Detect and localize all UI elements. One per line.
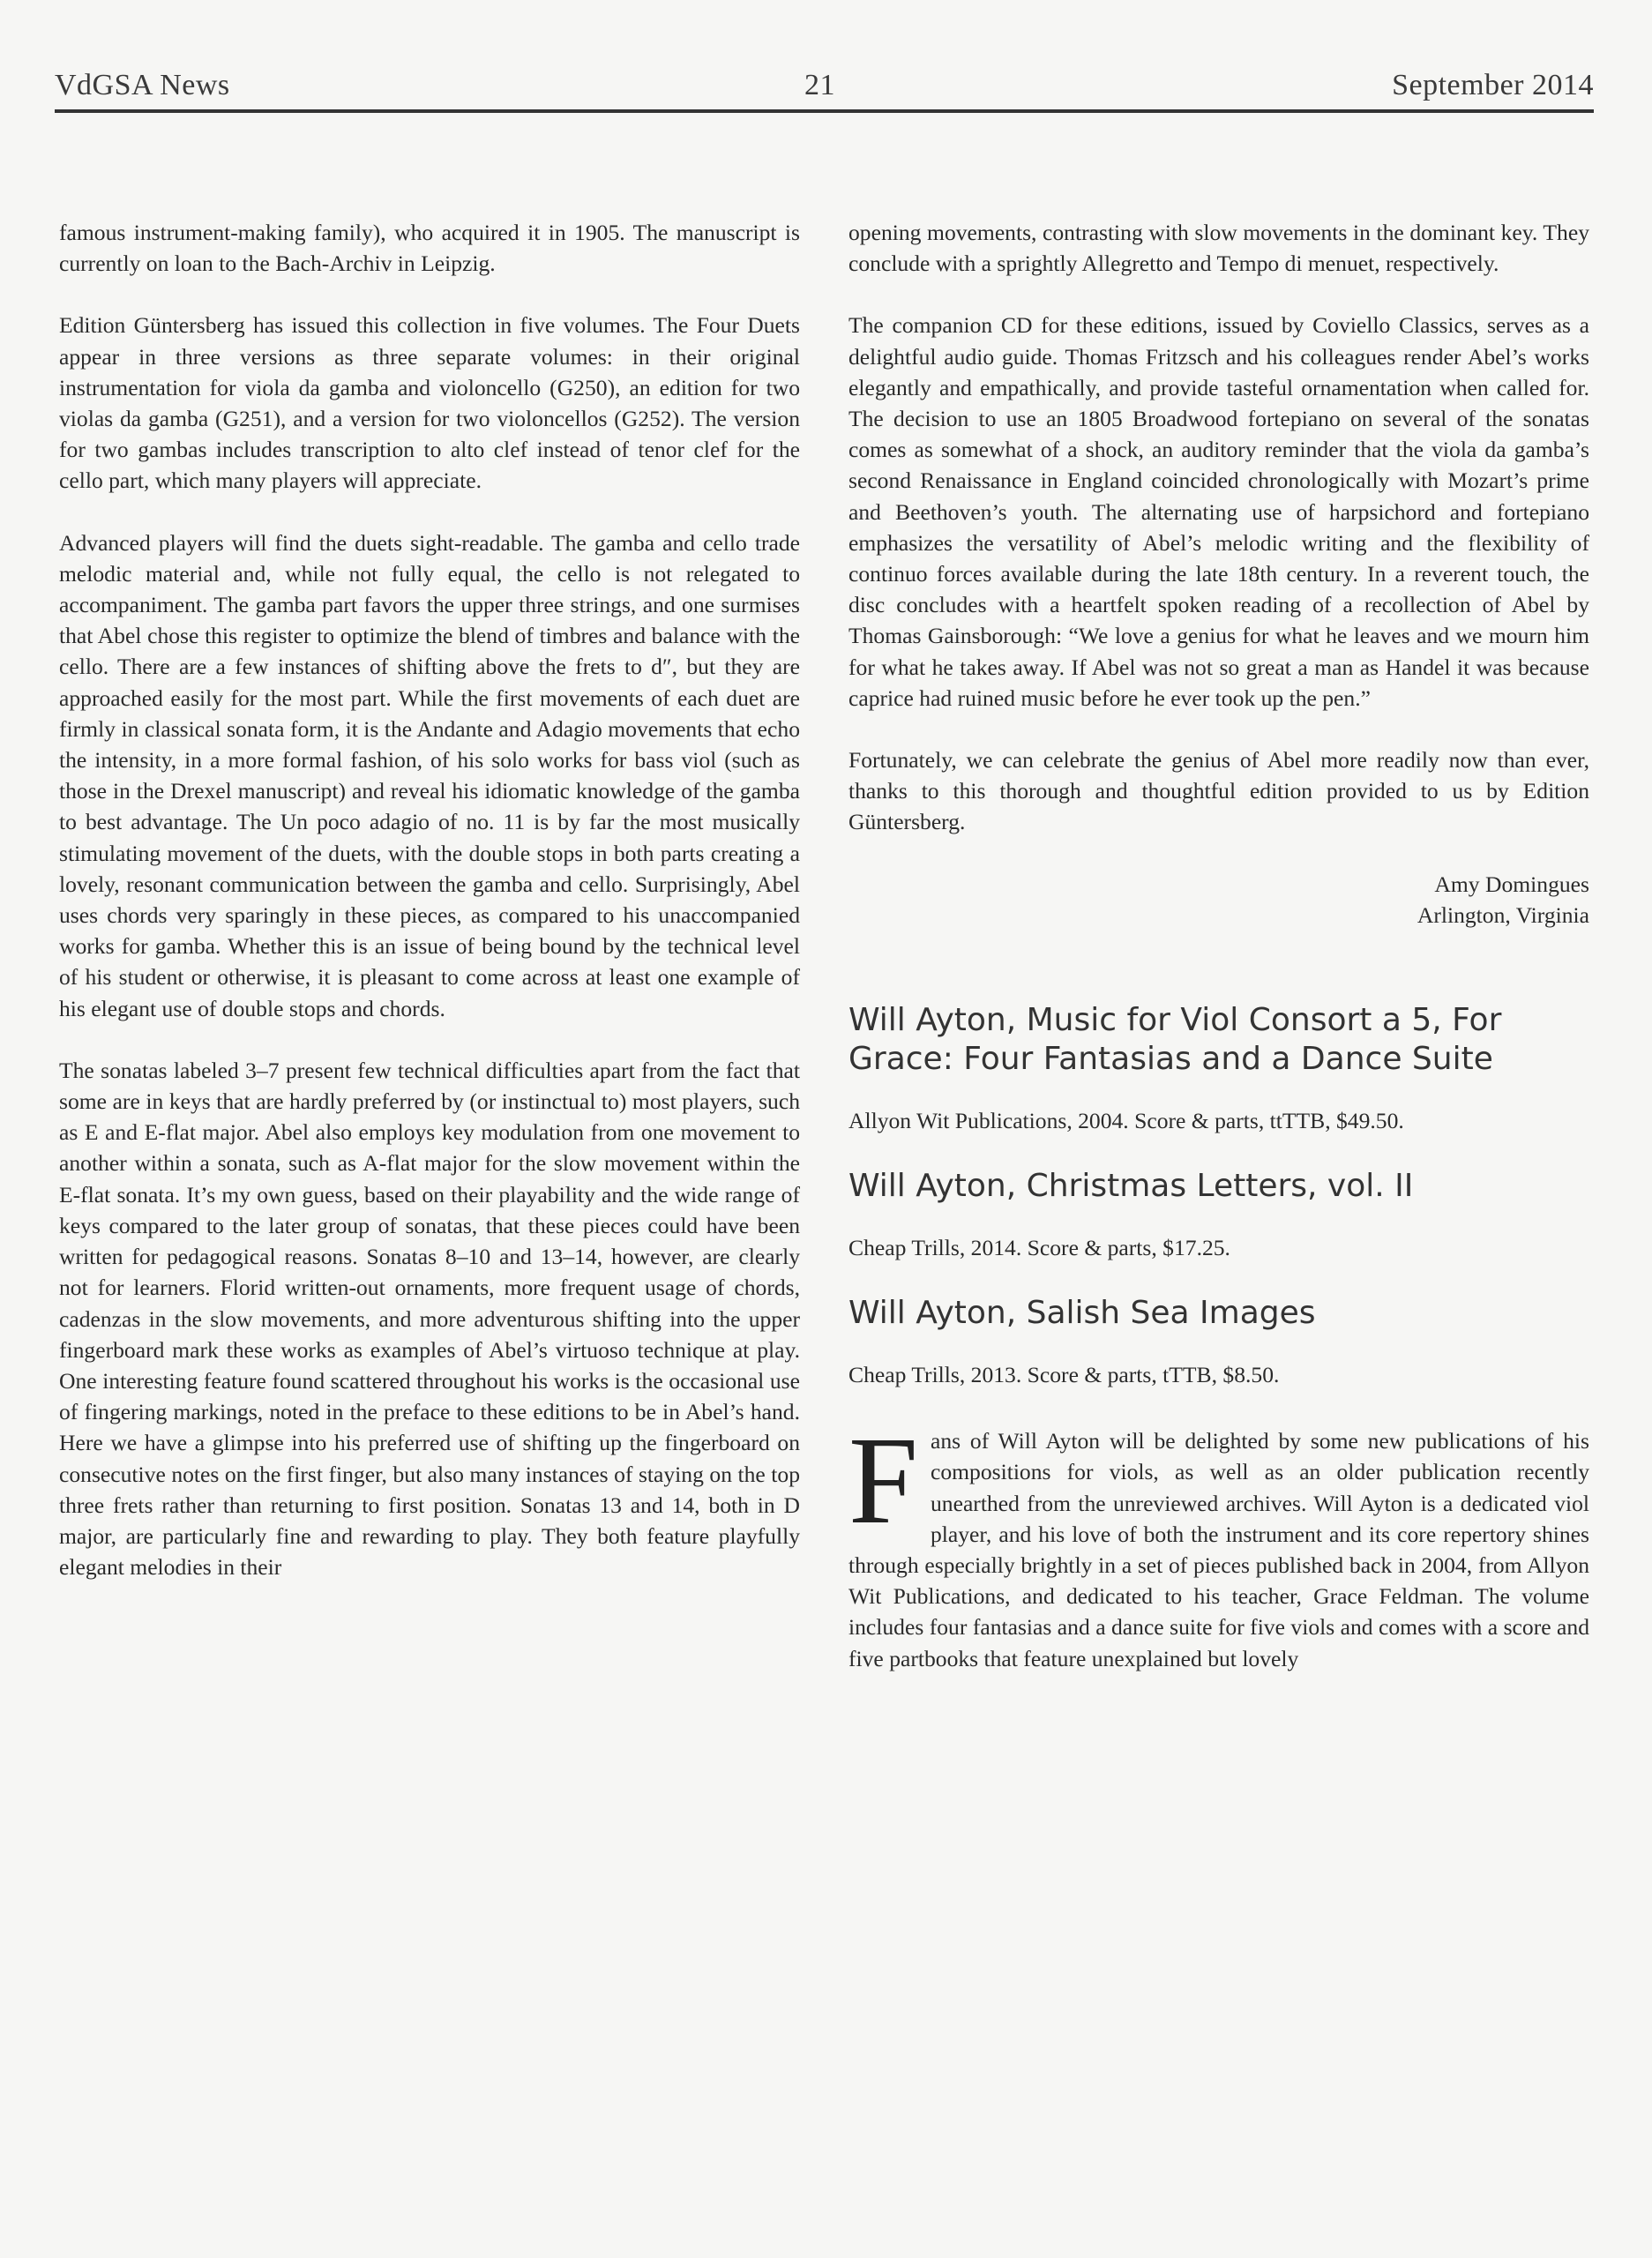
paragraph: The sonatas labeled 3–7 present few tech… (59, 1055, 800, 1582)
paragraph: famous instrument-making family), who ac… (59, 217, 800, 279)
reviewer-location: Arlington, Virginia (848, 900, 1589, 931)
paragraph: Fortunately, we can celebrate the genius… (848, 744, 1589, 838)
publication-name: VdGSA News (55, 69, 230, 102)
review-publication-info: Cheap Trills, 2013. Score & parts, tTTB,… (848, 1359, 1589, 1390)
review-title: Will Ayton, Christmas Letters, vol. II (848, 1167, 1589, 1206)
review-body: Fans of Will Ayton will be delighted by … (848, 1425, 1589, 1674)
review-title: Will Ayton, Music for Viol Consort a 5, … (848, 1001, 1589, 1079)
review-publication-info: Cheap Trills, 2014. Score & parts, $17.2… (848, 1232, 1589, 1263)
header-rule (55, 109, 1594, 113)
review-body-text: ans of Will Ayton will be delighted by s… (848, 1428, 1589, 1671)
reviewer-name: Amy Domingues (848, 869, 1589, 900)
review-title: Will Ayton, Salish Sea Images (848, 1294, 1589, 1333)
review-publication-info: Allyon Wit Publications, 2004. Score & p… (848, 1105, 1589, 1136)
reviewer-signature: Amy Domingues Arlington, Virginia (848, 869, 1589, 931)
issue-date: September 2014 (1392, 69, 1594, 102)
paragraph: Edition Güntersberg has issued this coll… (59, 310, 800, 496)
page-number: 21 (804, 69, 835, 102)
left-column: famous instrument-making family), who ac… (59, 217, 800, 1613)
right-column: opening movements, contrasting with slow… (848, 217, 1589, 1705)
drop-cap: F (848, 1431, 918, 1529)
page-header: VdGSA News 21 September 2014 (55, 69, 1594, 104)
paragraph: Advanced players will find the duets sig… (59, 527, 800, 1024)
paragraph: The companion CD for these editions, iss… (848, 310, 1589, 714)
paragraph: opening movements, contrasting with slow… (848, 217, 1589, 279)
